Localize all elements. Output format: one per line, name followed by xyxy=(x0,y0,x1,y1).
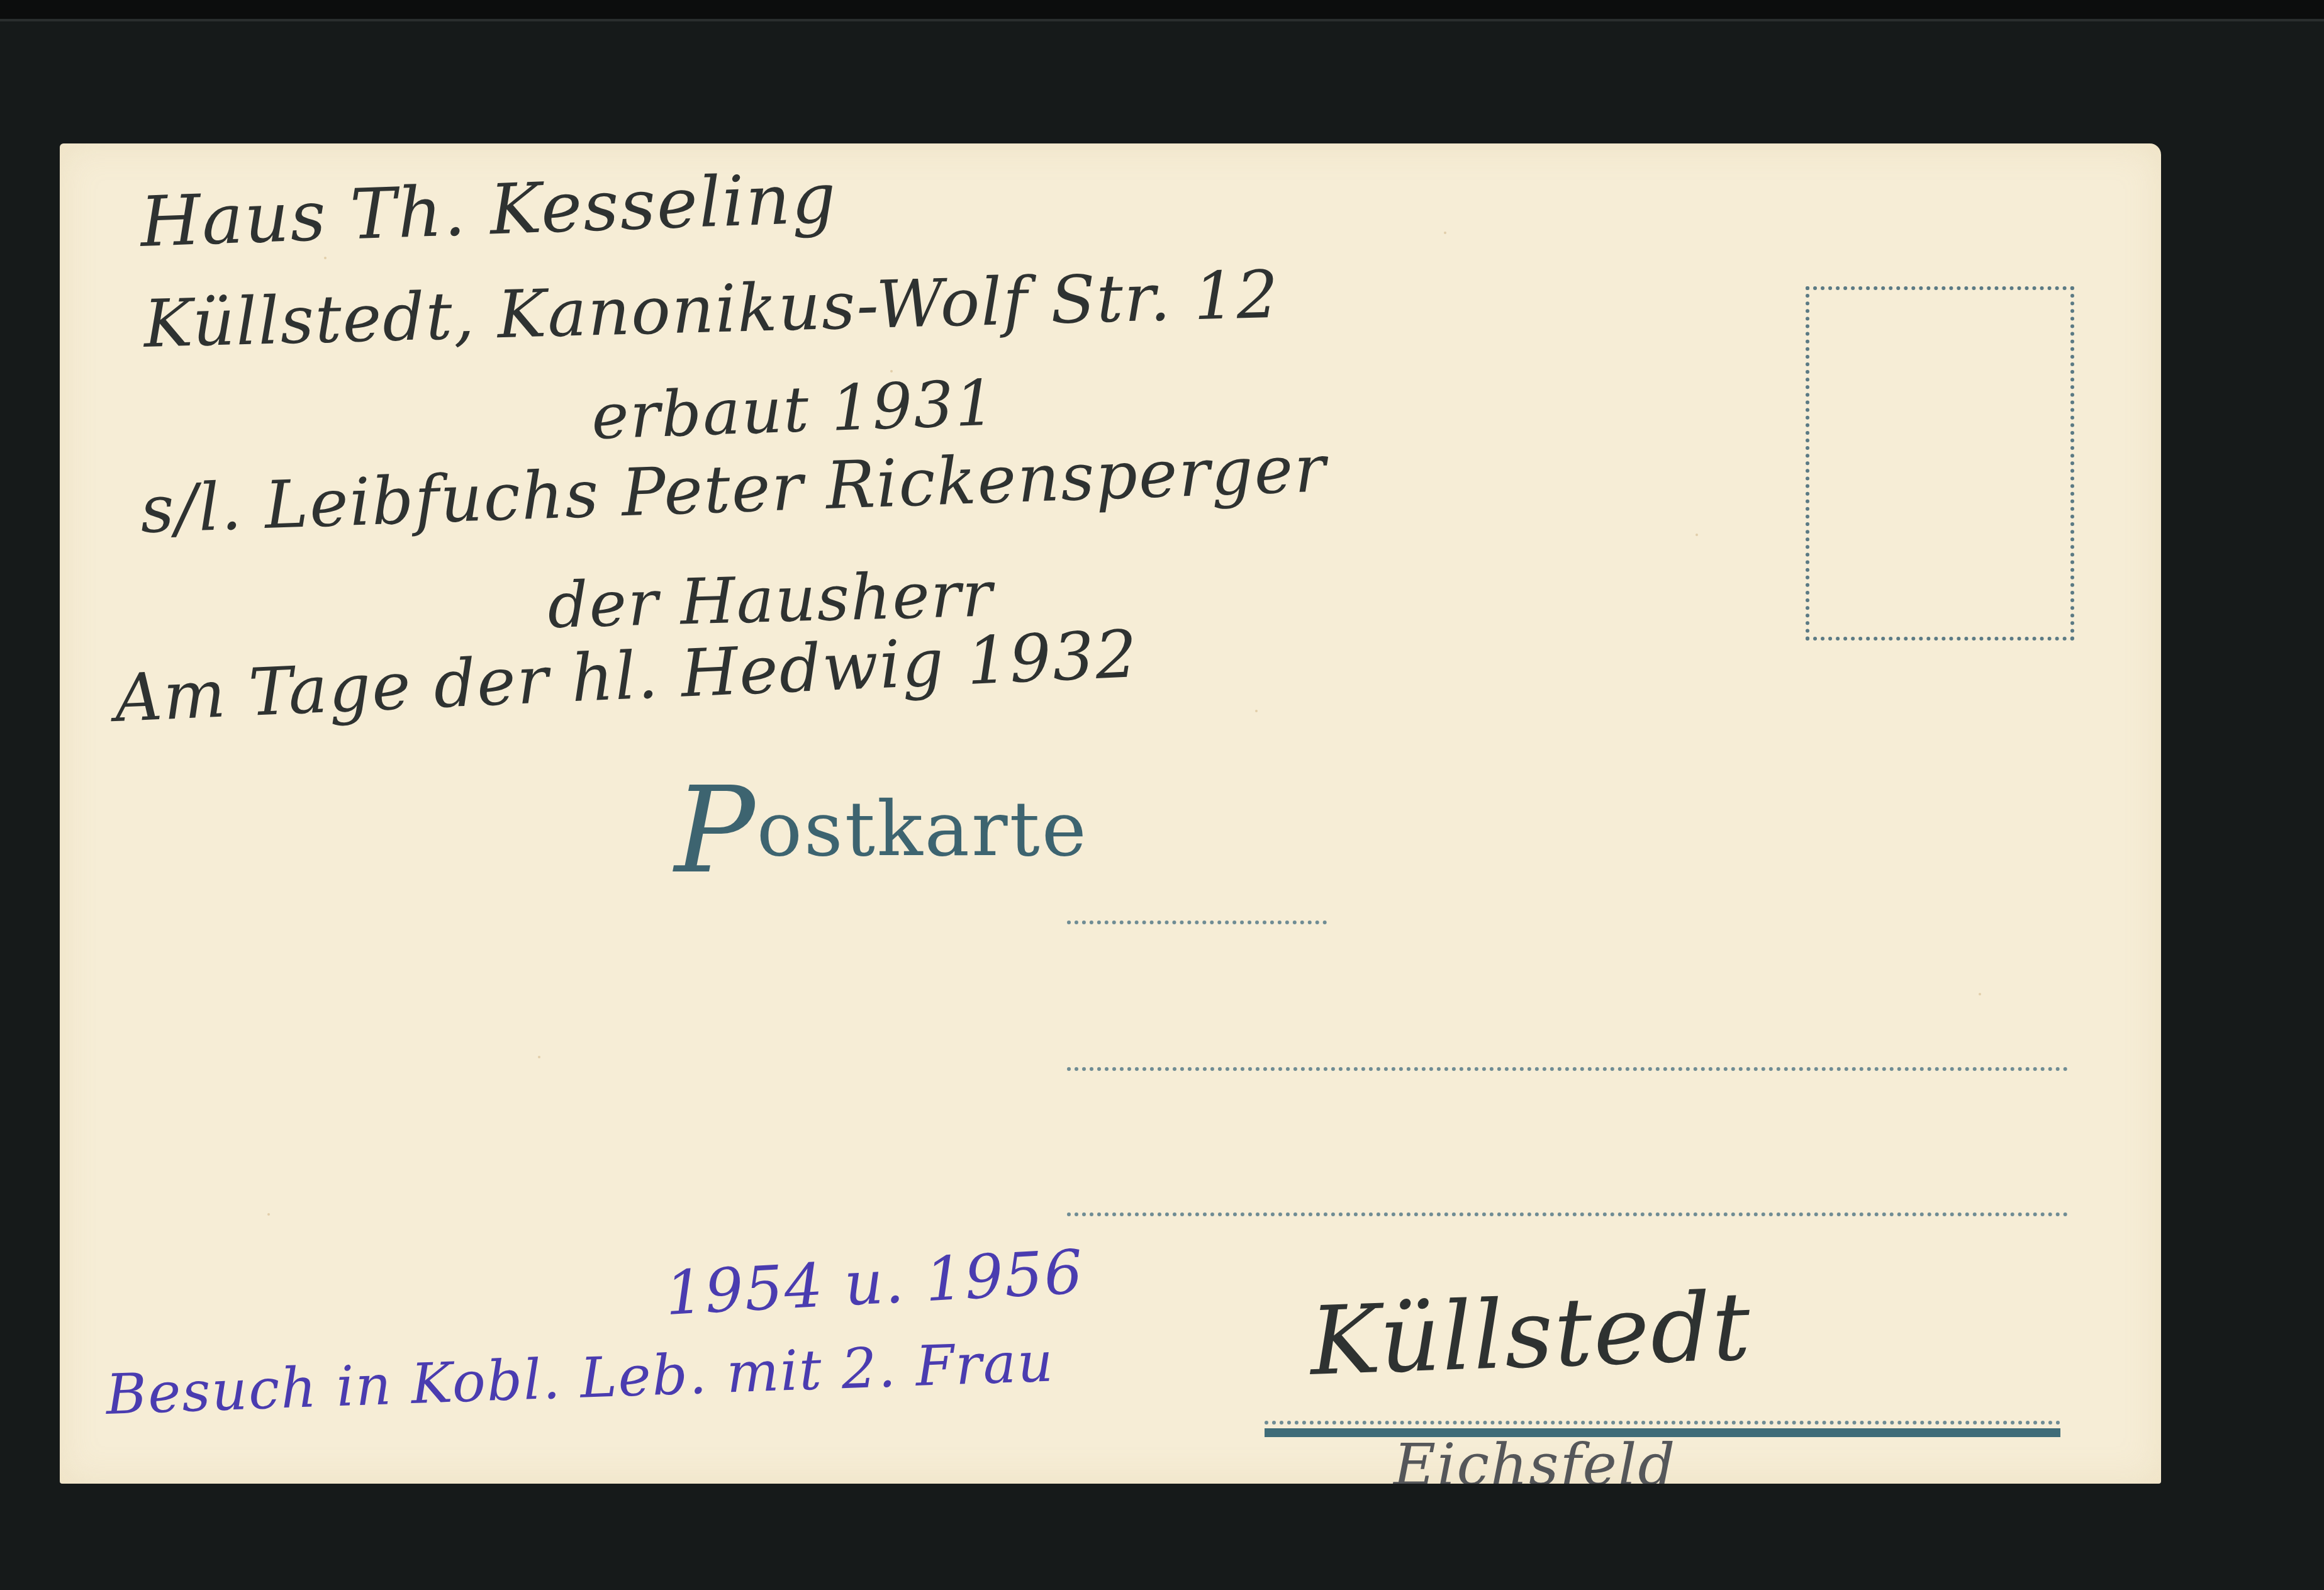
address-line-3 xyxy=(1067,1212,2068,1216)
postcard: Haus Th. Kesseling Küllstedt, Kanonikus-… xyxy=(60,143,2161,1484)
address-line-1 xyxy=(1067,921,1327,924)
place-town-signature: Küllstedt xyxy=(1309,1280,1753,1389)
scanner-mount-top xyxy=(0,0,2324,19)
handwriting-line-1: Haus Th. Kesseling xyxy=(139,163,838,257)
address-line-4 xyxy=(1265,1421,2060,1425)
paper-speck xyxy=(1696,534,1698,536)
paper-speck xyxy=(324,257,327,259)
handwriting-line-6: Am Tage der hl. Hedwig 1932 xyxy=(113,621,1139,731)
paper-speck xyxy=(1444,232,1446,234)
handwriting-line-3: erbaut 1931 xyxy=(591,372,998,449)
handwriting-line-4: s/l. Leibfuchs Peter Rickensperger xyxy=(139,435,1327,542)
place-region: Eichsfeld xyxy=(1394,1436,1676,1484)
postkarte-initial: P xyxy=(674,761,757,900)
scanner-mount-rule xyxy=(0,19,2324,21)
paper-speck xyxy=(267,1213,270,1216)
handwriting-line-2: Küllstedt, Kanonikus-Wolf Str. 12 xyxy=(143,262,1280,357)
paper-speck xyxy=(538,1056,540,1058)
blue-visit-note: Besuch in Kobl. Leb. mit 2. Frau xyxy=(105,1334,1055,1423)
paper-speck xyxy=(1979,993,1981,995)
postkarte-rest: ostkarte xyxy=(757,786,1088,873)
address-line-2 xyxy=(1067,1067,2068,1071)
paper-speck xyxy=(1255,710,1258,712)
printed-postkarte-title: Postkarte xyxy=(674,744,1088,883)
stamp-box xyxy=(1806,286,2074,641)
blue-years-note: 1954 u. 1956 xyxy=(664,1241,1085,1324)
